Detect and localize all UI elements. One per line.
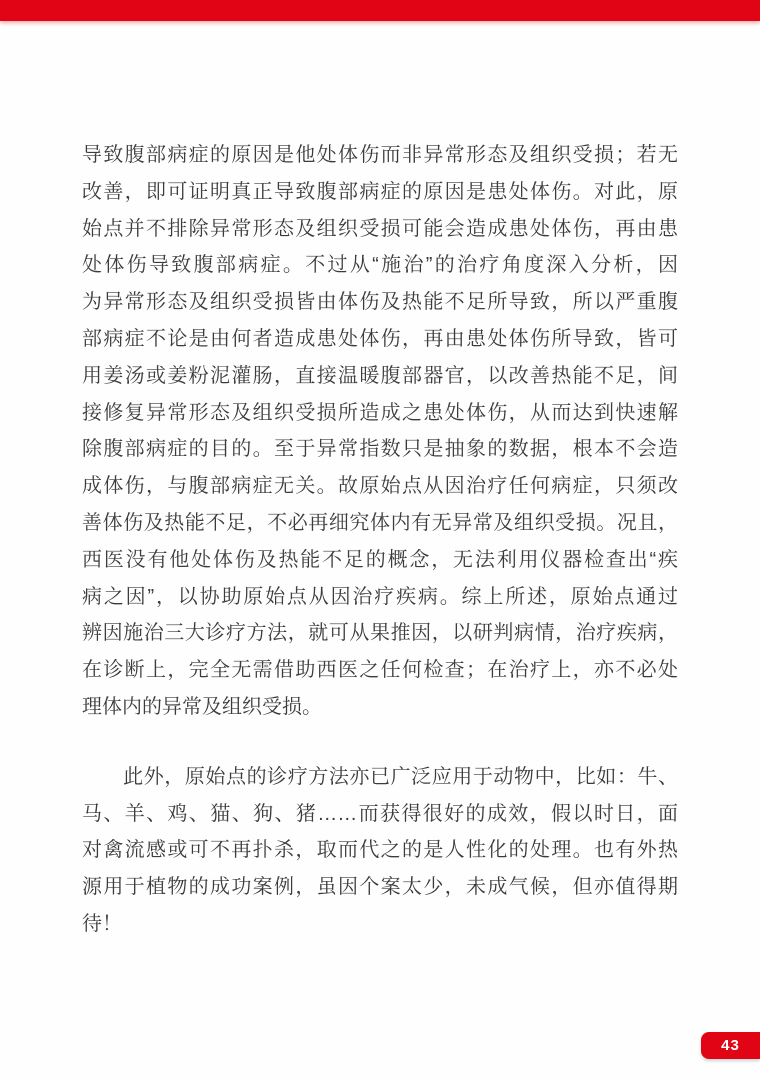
text-line: 用姜汤或姜粉泥灌肠，直接温暖腹部器官，以改善热能不足，间 (82, 358, 678, 395)
text-line: 善体伤及热能不足，不必再细究体内有无异常及组织受损。况且， (82, 505, 678, 542)
paragraph-2: 此外，原始点的诊疗方法亦已广泛应用于动物中，比如：牛、马、羊、鸡、猫、狗、猪……… (82, 759, 678, 943)
paragraph-1: 导致腹部病症的原因是他处体伤而非异常形态及组织受损；若无改善，即可证明真正导致腹… (82, 137, 678, 726)
text-line: 西医没有他处体伤及热能不足的概念，无法利用仪器检查出“疾 (82, 542, 678, 579)
page-number-badge: 43 (701, 1032, 760, 1059)
text-line: 对禽流感或可不再扑杀，取而代之的是人性化的处理。也有外热 (82, 832, 678, 869)
text-line: 源用于植物的成功案例，虽因个案太少，未成气候，但亦值得期 (82, 869, 678, 906)
page-content: 导致腹部病症的原因是他处体伤而非异常形态及组织受损；若无改善，即可证明真正导致腹… (82, 137, 678, 943)
text-line: 始点并不排除异常形态及组织受损可能会造成患处体伤，再由患 (82, 211, 678, 248)
text-line: 改善，即可证明真正导致腹部病症的原因是患处体伤。对此，原 (82, 174, 678, 211)
text-line: 待！ (82, 906, 678, 943)
text-line: 成体伤，与腹部病症无关。故原始点从因治疗任何病症，只须改 (82, 468, 678, 505)
text-line: 部病症不论是由何者造成患处体伤，再由患处体伤所导致，皆可 (82, 321, 678, 358)
text-line: 除腹部病症的目的。至于异常指数只是抽象的数据，根本不会造 (82, 431, 678, 468)
text-line: 为异常形态及组织受损皆由体伤及热能不足所导致，所以严重腹 (82, 284, 678, 321)
text-line: 在诊断上，完全无需借助西医之任何检查；在治疗上，亦不必处 (82, 652, 678, 689)
top-red-bar (0, 0, 760, 21)
text-line: 马、羊、鸡、猫、狗、猪……而获得很好的成效，假以时日，面 (82, 796, 678, 833)
text-line: 此外，原始点的诊疗方法亦已广泛应用于动物中，比如：牛、 (82, 759, 678, 796)
text-line: 病之因”，以协助原始点从因治疗疾病。综上所述，原始点通过 (82, 579, 678, 616)
text-line: 接修复异常形态及组织受损所造成之患处体伤，从而达到快速解 (82, 395, 678, 432)
text-line: 导致腹部病症的原因是他处体伤而非异常形态及组织受损；若无 (82, 137, 678, 174)
text-line: 理体内的异常及组织受损。 (82, 689, 678, 726)
text-line: 辨因施治三大诊疗方法，就可从果推因，以研判病情，治疗疾病， (82, 615, 678, 652)
text-line: 处体伤导致腹部病症。不过从“施治”的治疗角度深入分析，因 (82, 247, 678, 284)
